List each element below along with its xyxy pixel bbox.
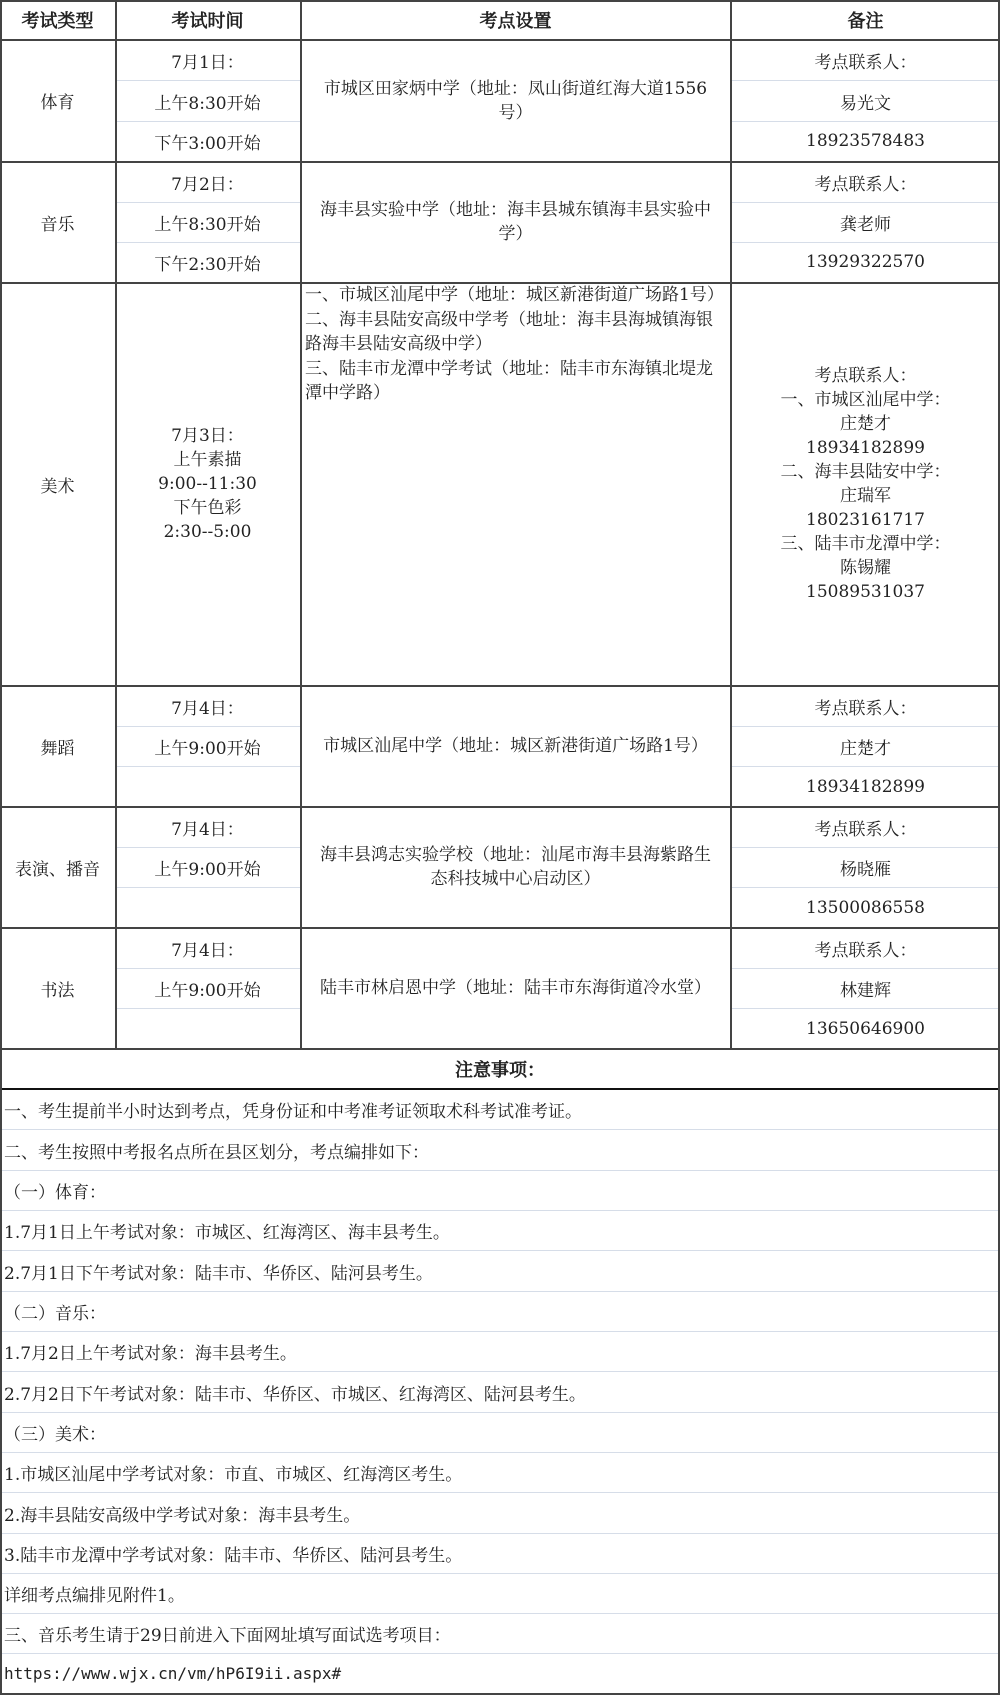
note-line: 二、考生按照中考报名点所在县区划分，考点编排如下：	[4, 1130, 429, 1170]
note-line: 3.陆丰市龙潭中学考试对象：陆丰市、华侨区、陆河县考生。	[4, 1533, 462, 1573]
contact-label: 考点联系人：	[731, 162, 1000, 202]
header-exam-time: 考试时间	[115, 0, 300, 40]
contact-phone: 13500086558	[731, 888, 1000, 928]
exam-type-cell: 音乐	[0, 162, 115, 282]
note-line: 详细考点编排见附件1。	[4, 1573, 185, 1613]
subrow-divider	[117, 766, 300, 767]
contact-name: 陈锡耀	[840, 556, 891, 580]
exam-time-pm: 下午3:00开始	[115, 121, 300, 161]
contact-label: 考点联系人：	[731, 40, 1000, 80]
contact-phone: 18923578483	[731, 121, 1000, 161]
contact-venue: 一、市城区汕尾中学：	[781, 388, 951, 412]
exam-date: 7月2日：	[115, 162, 300, 202]
note-line: 1.市城区汕尾中学考试对象：市直、市城区、红海湾区考生。	[4, 1452, 462, 1492]
remark-cell: 考点联系人： 一、市城区汕尾中学： 庄楚才 18934182899 二、海丰县陆…	[731, 283, 1000, 685]
contact-phone: 13650646900	[731, 1009, 1000, 1049]
exam-session-am: 上午素描	[174, 448, 242, 472]
contact-phone: 18023161717	[806, 508, 925, 532]
exam-date: 7月4日：	[115, 686, 300, 726]
note-divider	[2, 1291, 998, 1292]
exam-date: 7月3日：	[171, 424, 244, 448]
exam-type-cell: 书法	[0, 928, 115, 1048]
contact-phone: 18934182899	[806, 436, 925, 460]
exam-type-cell: 舞蹈	[0, 686, 115, 806]
note-line: 1.7月2日上午考试对象：海丰县考生。	[4, 1331, 297, 1371]
venue-cell: 海丰县鸿志实验学校（地址：汕尾市海丰县海紫路生态科技城中心启动区）	[300, 807, 731, 927]
header-exam-type: 考试类型	[0, 0, 115, 40]
exam-session-pm: 下午色彩	[174, 496, 242, 520]
contact-phone: 13929322570	[731, 242, 1000, 282]
exam-time-am: 上午8:30开始	[115, 202, 300, 242]
note-line: 2.7月2日下午考试对象：陆丰市、华侨区、市城区、红海湾区、陆河县考生。	[4, 1372, 586, 1412]
note-line: （一）体育：	[4, 1170, 106, 1210]
venue-item: 二、海丰县陆安高级中学考（地址：海丰县海城镇海银路海丰县陆安高级中学）	[305, 308, 727, 357]
contact-name: 庄楚才	[840, 412, 891, 436]
header-remark: 备注	[731, 0, 1000, 40]
notes-title: 注意事项：	[0, 1049, 1000, 1089]
exam-time-am: 上午9:00开始	[115, 726, 300, 766]
exam-type-cell: 体育	[0, 40, 115, 161]
contact-name: 龚老师	[731, 202, 1000, 242]
venue-cell: 陆丰市林启恩中学（地址：陆丰市东海街道冷水堂）	[300, 928, 731, 1048]
subrow-divider	[117, 1008, 300, 1009]
exam-time-am: 9:00--11:30	[158, 472, 257, 496]
contact-label: 考点联系人：	[731, 686, 1000, 726]
exam-date: 7月4日：	[115, 928, 300, 968]
survey-link[interactable]: https://www.wjx.cn/vm/hP6I9ii.aspx#	[4, 1653, 341, 1693]
contact-phone: 15089531037	[806, 580, 925, 604]
contact-name: 林建辉	[731, 968, 1000, 1008]
venue-item: 三、陆丰市龙潭中学考试（地址：陆丰市东海镇北堤龙潭中学路）	[305, 357, 727, 406]
contact-phone: 18934182899	[731, 767, 1000, 807]
exam-time-cell: 7月3日： 上午素描 9:00--11:30 下午色彩 2:30--5:00	[115, 283, 300, 685]
venue-cell: 海丰县实验中学（地址：海丰县城东镇海丰县实验中学）	[300, 162, 731, 282]
contact-label: 考点联系人：	[731, 807, 1000, 847]
note-line: 一、考生提前半小时达到考点，凭身份证和中考准考证领取术科考试准考证。	[4, 1089, 582, 1129]
venue-cell: 市城区汕尾中学（地址：城区新港街道广场路1号）	[300, 686, 731, 806]
venue-item: 一、市城区汕尾中学（地址：城区新港街道广场路1号）	[305, 283, 724, 308]
note-divider	[2, 1412, 998, 1413]
note-divider	[2, 1170, 998, 1171]
note-line: 2.7月1日下午考试对象：陆丰市、华侨区、陆河县考生。	[4, 1251, 433, 1291]
venue-cell: 一、市城区汕尾中学（地址：城区新港街道广场路1号） 二、海丰县陆安高级中学考（地…	[301, 283, 731, 685]
note-line: 1.7月1日上午考试对象：市城区、红海湾区、海丰县考生。	[4, 1210, 450, 1250]
exam-time-am: 上午9:00开始	[115, 968, 300, 1008]
note-line: （二）音乐：	[4, 1291, 106, 1331]
contact-label: 考点联系人：	[731, 928, 1000, 968]
exam-time-pm: 2:30--5:00	[164, 520, 252, 544]
subrow-divider	[117, 887, 300, 888]
exam-type-cell: 表演、播音	[0, 807, 115, 927]
note-line: 2.海丰县陆安高级中学考试对象：海丰县考生。	[4, 1493, 360, 1533]
exam-time-am: 上午8:30开始	[115, 81, 300, 121]
exam-date: 7月4日：	[115, 807, 300, 847]
contact-venue: 二、海丰县陆安中学：	[781, 460, 951, 484]
exam-time-am: 上午9:00开始	[115, 847, 300, 887]
contact-label: 考点联系人：	[815, 364, 917, 388]
contact-name: 杨晓雁	[731, 847, 1000, 887]
exam-time-pm: 下午2:30开始	[115, 242, 300, 282]
note-line: （三）美术：	[4, 1412, 106, 1452]
contact-venue: 三、陆丰市龙潭中学：	[781, 532, 951, 556]
exam-type-cell: 美术	[0, 283, 115, 685]
venue-cell: 市城区田家炳中学（地址：凤山街道红海大道1556号）	[300, 40, 731, 161]
header-venue: 考点设置	[300, 0, 731, 40]
exam-date: 7月1日：	[115, 40, 300, 80]
contact-name: 庄楚才	[731, 726, 1000, 766]
contact-name: 易光文	[731, 81, 1000, 121]
note-line: 三、音乐考生请于29日前进入下面网址填写面试选考项目：	[4, 1613, 451, 1653]
contact-name: 庄瑞军	[840, 484, 891, 508]
